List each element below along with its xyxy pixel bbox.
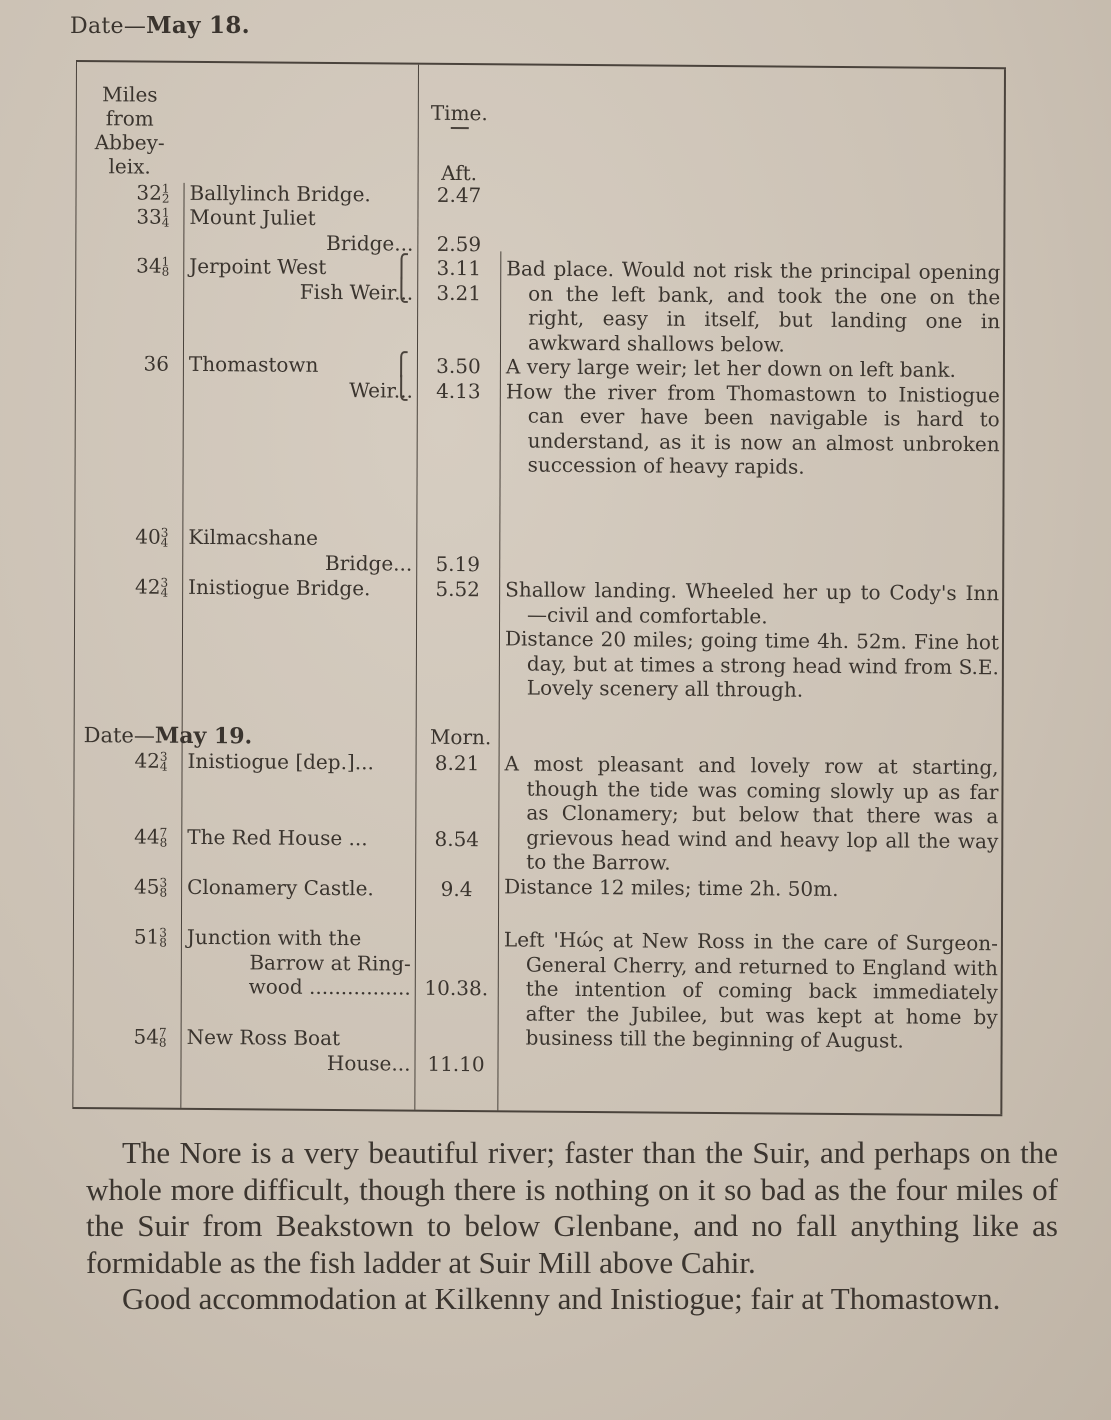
place-cell: New Ross BoatHouse...: [186, 1025, 410, 1076]
date-prefix: Date—: [70, 14, 146, 39]
miles-whole: 42: [134, 748, 160, 772]
miles-whole: 34: [136, 253, 162, 277]
place-line: Clonamery Castle.: [187, 875, 411, 901]
time-column-header: Time.: [418, 101, 501, 132]
place-line: Fish Weir...: [189, 278, 413, 304]
date-value: May 19.: [155, 723, 252, 750]
miles-whole: 32: [136, 180, 162, 204]
time-value: 2.59: [417, 231, 500, 256]
time-value: [416, 527, 499, 552]
miles-whole: 42: [135, 574, 161, 598]
header-line: from: [80, 106, 180, 131]
miles-cell: 4034: [74, 524, 174, 549]
time-cell: 10.38.: [415, 927, 498, 1001]
fraction-denominator: 4: [161, 538, 169, 548]
place-cell: Inistiogue [dep.]...: [188, 749, 412, 775]
fraction-denominator: 4: [162, 218, 170, 228]
time-value: 3.50: [417, 354, 500, 379]
table-row: 3314Mount JulietBridge... 2.59: [75, 204, 1005, 211]
miles-cell: 4478: [73, 824, 173, 849]
miles-whole: 44: [134, 824, 160, 848]
fraction-denominator: 8: [159, 938, 167, 948]
time-cell: 3.504.13: [417, 354, 500, 404]
miles-fraction: 12: [162, 184, 170, 204]
remark-text: Shallow landing. Wheeled her up to Cody'…: [505, 577, 999, 630]
table-row: 3418Jerpoint WestFish Weir...⎧⎩3.113.21B…: [75, 253, 1005, 260]
place-line: Thomastown: [189, 352, 413, 378]
remark-text: How the river from Thomastown to Inistio…: [506, 379, 1000, 481]
miles-cell: 4234: [74, 748, 174, 773]
place-line: New Ross Boat: [187, 1025, 411, 1051]
time-header-label: Time.: [431, 101, 488, 125]
miles-cell: 36: [75, 351, 175, 376]
fraction-denominator: 8: [160, 838, 168, 848]
time-value: 4.13: [417, 378, 500, 403]
remark-text: Bad place. Would not risk the principal …: [506, 256, 1000, 358]
place-cell: Junction with theBarrow at Ring-wood ...…: [187, 925, 411, 1000]
place-line: Bridge...: [188, 549, 412, 575]
remark-text: A very large weir; let her down on left …: [506, 354, 1000, 382]
place-line: Bridge...: [189, 229, 413, 255]
place-line: Ballylinch Bridge.: [189, 181, 413, 207]
miles-fraction: 18: [162, 257, 170, 277]
time-cell: 8.54: [415, 827, 498, 852]
time-value: 5.19: [416, 551, 499, 576]
remark-cell: Left 'Hώς at New Ross in the care of Sur…: [504, 927, 998, 1053]
time-cell: 2.59: [417, 207, 500, 257]
place-cell: The Red House ...: [187, 825, 411, 851]
miles-cell: 3418: [75, 253, 175, 278]
remark-text: Distance 12 miles; time 2h. 50m.: [504, 874, 998, 902]
miles-fraction: 38: [159, 928, 167, 948]
brace-icon: ⎧⎩: [393, 353, 410, 401]
time-cell: 2.47: [417, 183, 500, 208]
place-line: The Red House ...: [187, 825, 411, 851]
fraction-denominator: 8: [159, 1038, 167, 1048]
miles-fraction: 34: [160, 752, 168, 772]
time-period-morn: Morn.: [416, 725, 506, 750]
miles-cell: 3314: [75, 204, 175, 229]
miles-cell: 5478: [73, 1024, 173, 1049]
miles-fraction: 34: [160, 578, 168, 598]
remark-cell: Shallow landing. Wheeled her up to Cody'…: [505, 577, 999, 703]
table-rule: [1000, 69, 1006, 1114]
brace-icon: ⎧⎩: [393, 255, 410, 303]
place-cell: Ballylinch Bridge.: [189, 181, 413, 207]
place-line: Inistiogue Bridge.: [188, 575, 412, 601]
fraction-denominator: 4: [160, 588, 168, 598]
time-cell: 5.19: [416, 527, 499, 577]
table-row: 4234Inistiogue Bridge.5.52Shallow landin…: [74, 574, 1004, 581]
place-line: Inistiogue [dep.]...: [188, 749, 412, 775]
place-cell: KilmacshaneBridge...: [188, 525, 412, 576]
miles-column-header: Miles from Abbey- leix.: [80, 82, 180, 179]
paragraph: The Nore is a very beautiful river; fast…: [86, 1135, 1058, 1281]
table-rule: [180, 183, 184, 1108]
date-value: May 18.: [146, 12, 250, 39]
miles-whole: 40: [135, 524, 161, 548]
time-value: [417, 207, 500, 232]
miles-fraction: 78: [159, 1028, 167, 1048]
fraction-denominator: 8: [162, 267, 170, 277]
place-line: Mount Juliet: [189, 205, 413, 231]
time-value: 5.52: [416, 577, 499, 602]
time-period-aft: Aft.: [418, 161, 501, 186]
fraction-denominator: 8: [159, 888, 167, 898]
miles-whole: 51: [134, 924, 160, 948]
table-body: 3212Ballylinch Bridge.2.473314Mount Juli…: [76, 62, 1006, 69]
time-value: 11.10: [414, 1051, 497, 1076]
fraction-denominator: 4: [160, 762, 168, 772]
table-row: 3212Ballylinch Bridge.2.47: [76, 180, 1006, 187]
time-value: [415, 1027, 498, 1052]
remark-cell: A most pleasant and lovely row at starti…: [504, 751, 999, 902]
remark-text: Left 'Hώς at New Ross in the care of Sur…: [504, 927, 998, 1053]
fraction-denominator: 2: [162, 194, 170, 204]
place-line: Junction with the: [187, 925, 411, 951]
time-value: [415, 927, 498, 952]
date-prefix: Date—: [84, 723, 155, 748]
place-cell: Inistiogue Bridge.: [188, 575, 412, 601]
miles-fraction: 38: [159, 878, 167, 898]
place-cell: Jerpoint WestFish Weir...: [189, 254, 413, 305]
table-row: 4234Inistiogue [dep.]...8.21A most pleas…: [74, 748, 1004, 755]
place-line: Weir...: [189, 376, 413, 402]
time-value: 8.21: [416, 751, 499, 776]
time-value: [415, 951, 498, 976]
place-line: wood ................: [187, 974, 411, 1000]
place-line: Kilmacshane: [188, 525, 412, 551]
miles-whole: 33: [136, 204, 162, 228]
page-date-heading: Date—May 18.: [70, 12, 250, 39]
time-value: 9.4: [415, 877, 498, 902]
time-value: 2.47: [417, 183, 500, 208]
place-cell: Mount JulietBridge...: [189, 205, 413, 256]
time-value: 8.54: [415, 827, 498, 852]
miles-cell: 5138: [73, 924, 173, 949]
time-value: 3.21: [417, 280, 500, 305]
time-cell: 5.52: [416, 577, 499, 602]
table-row: 5138Junction with theBarrow at Ring-wood…: [73, 924, 1003, 931]
place-line: Jerpoint West: [189, 254, 413, 280]
header-line: Miles: [80, 82, 180, 107]
miles-cell: 4234: [74, 574, 174, 599]
miles-fraction: 14: [162, 208, 170, 228]
miles-whole: 36: [143, 352, 169, 376]
miles-fraction: 78: [160, 828, 168, 848]
remark-cell: A very large weir; let her down on left …: [506, 354, 1000, 480]
place-line: House...: [186, 1049, 410, 1075]
time-cell: 11.10: [414, 1027, 497, 1077]
time-cell: 8.21: [416, 751, 499, 776]
log-table: Miles from Abbey- leix. Time. Aft. Date—…: [72, 60, 1006, 1116]
body-text: The Nore is a very beautiful river; fast…: [86, 1135, 1058, 1318]
place-line: Barrow at Ring-: [187, 949, 411, 975]
time-value: 3.11: [417, 256, 500, 281]
header-line: leix.: [80, 154, 180, 179]
place-cell: ThomastownWeir...: [189, 352, 413, 403]
header-dash: [450, 127, 468, 129]
miles-whole: 54: [133, 1024, 159, 1048]
remark-cell: Bad place. Would not risk the principal …: [506, 256, 1000, 358]
remark-text: Distance 20 miles; going time 4h. 52m. F…: [505, 626, 999, 703]
miles-cell: 3212: [75, 180, 175, 205]
miles-fraction: 34: [161, 528, 169, 548]
remark-text: A most pleasant and lovely row at starti…: [504, 751, 998, 877]
date-heading-day2: Date—May 19.: [84, 722, 253, 749]
miles-cell: 4538: [73, 874, 173, 899]
header-line: Abbey-: [80, 130, 180, 155]
time-value: 10.38.: [415, 976, 498, 1001]
paragraph: Good accommodation at Kilkenny and Inist…: [86, 1281, 1058, 1318]
miles-whole: 45: [134, 874, 160, 898]
time-cell: 9.4: [415, 877, 498, 902]
table-row: 4034KilmacshaneBridge... 5.19: [74, 524, 1004, 531]
place-cell: Clonamery Castle.: [187, 875, 411, 901]
time-cell: 3.113.21: [417, 256, 500, 306]
